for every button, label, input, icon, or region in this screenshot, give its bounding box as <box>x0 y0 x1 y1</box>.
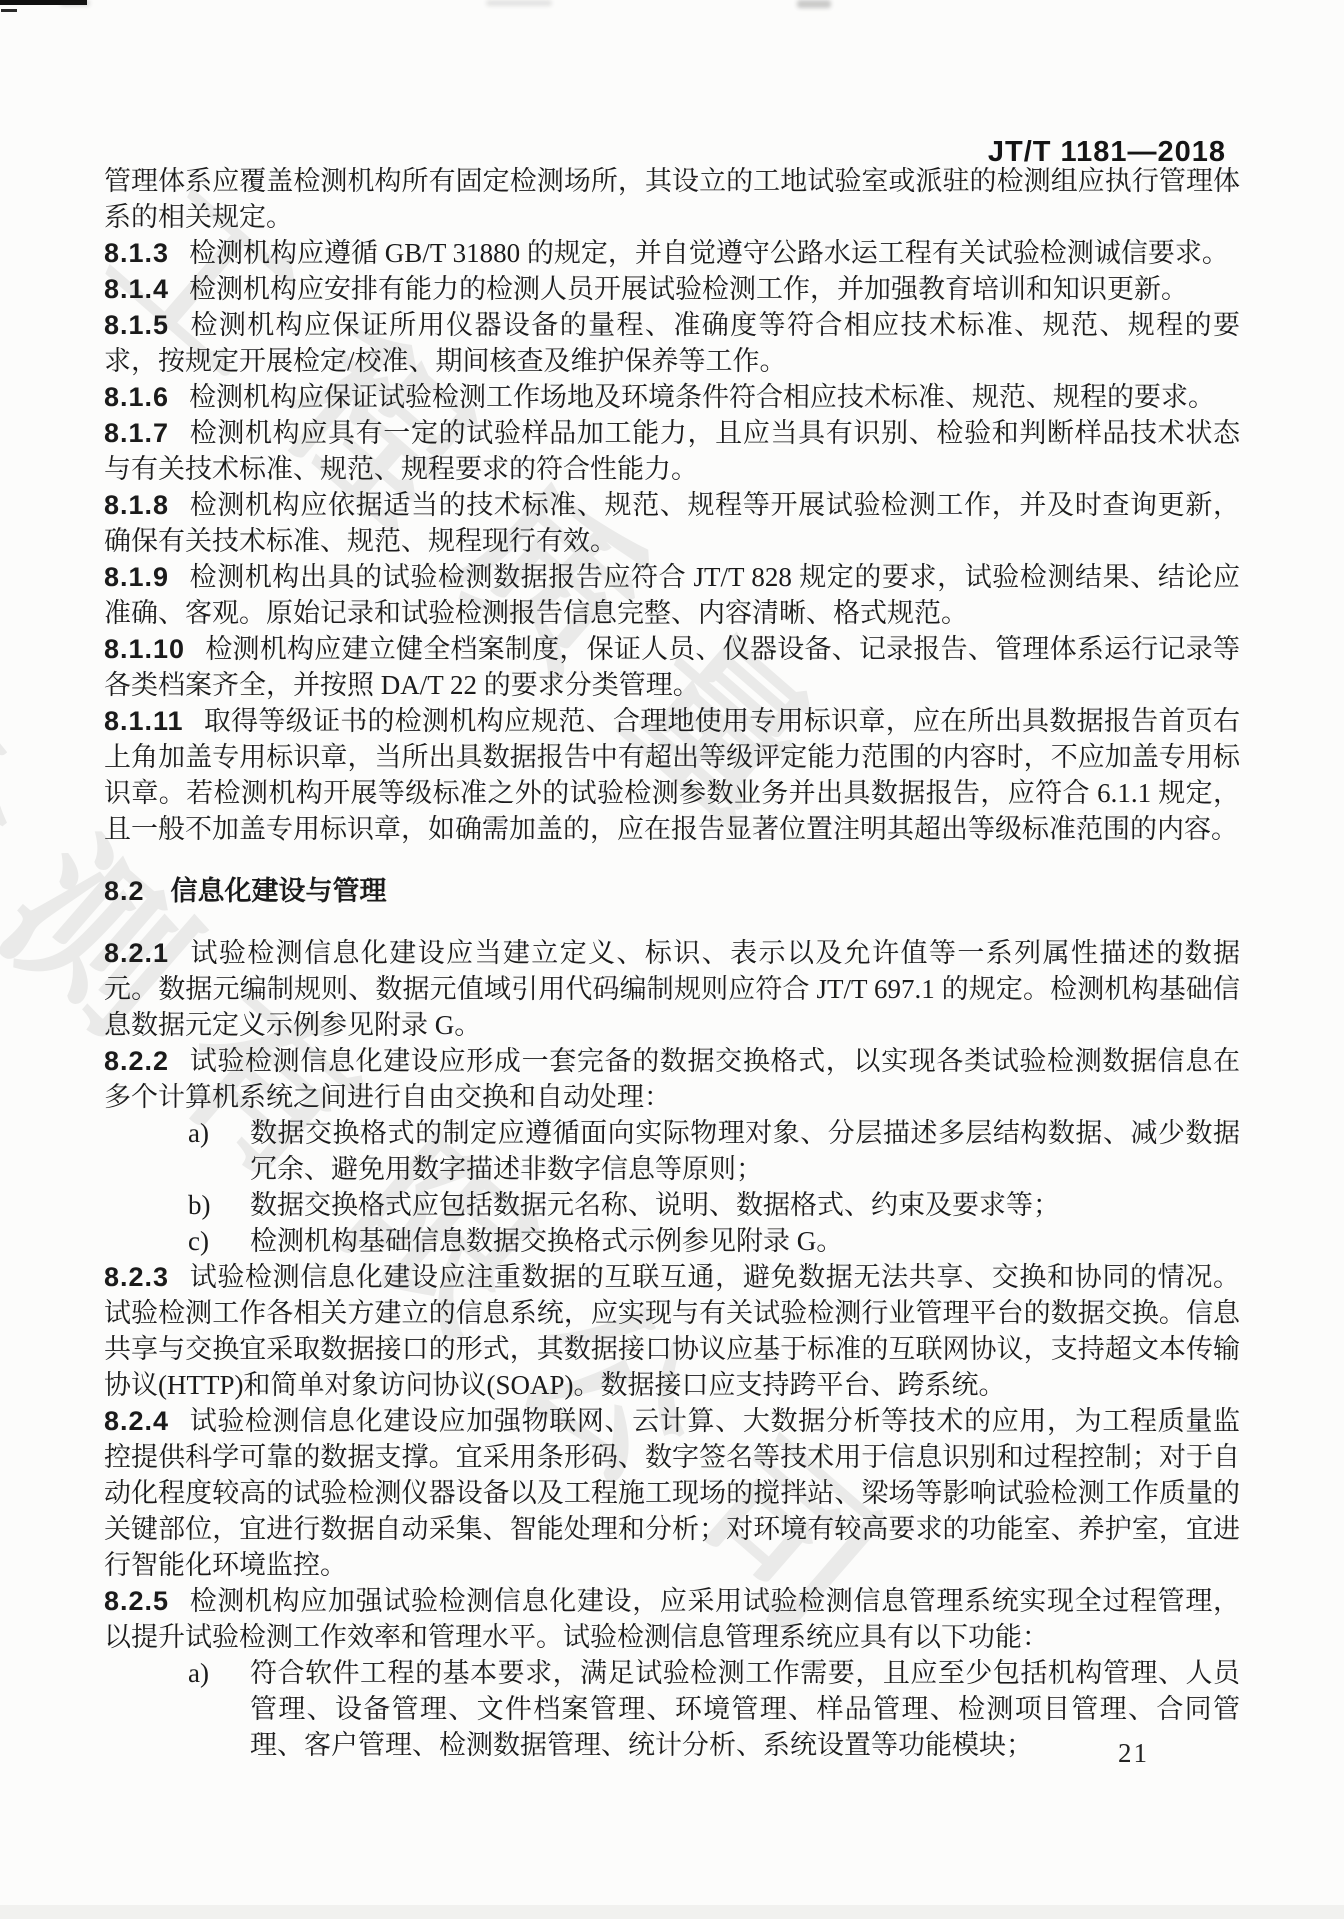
paper-bottom-edge <box>0 1905 1344 1919</box>
list-item-b: b)数据交换格式应包括数据元名称、说明、数据格式、约束及要求等； <box>104 1187 1240 1223</box>
clause-text: 试验检测信息化建设应加强物联网、云计算、大数据分析等技术的应用，为工程质量监控提… <box>104 1406 1240 1580</box>
scan-smudge <box>60 0 90 6</box>
clause-number: 8.2.2 <box>104 1046 169 1076</box>
list-item-text: 检测机构基础信息数据交换格式示例参见附录 G。 <box>250 1226 843 1256</box>
clause-number: 8.1.9 <box>104 562 169 592</box>
section-heading-8-2: 8.2信息化建设与管理 <box>104 873 1240 909</box>
clause-8-1-10: 8.1.10检测机构应建立健全档案制度，保证人员、仪器设备、记录报告、管理体系运… <box>104 631 1240 703</box>
clause-number: 8.1.8 <box>104 490 169 520</box>
clause-text: 试验检测信息化建设应形成一套完备的数据交换格式，以实现各类试验检测数据信息在多个… <box>104 1046 1240 1112</box>
document-page: 工程质量 检测有限公司 JT/T 1181—2018 管理体系应覆盖检测机构所有… <box>0 0 1344 1919</box>
list-marker: b) <box>188 1187 211 1223</box>
clause-8-2-5: 8.2.5检测机构应加强试验检测信息化建设，应采用试验检测信息管理系统实现全过程… <box>104 1583 1240 1655</box>
clause-text: 试验检测信息化建设应当建立定义、标识、表示以及允许值等一系列属性描述的数据元。数… <box>104 938 1240 1040</box>
clause-8-1-4: 8.1.4检测机构应安排有能力的检测人员开展试验检测工作，并加强教育培训和知识更… <box>104 271 1240 307</box>
clause-number: 8.2.4 <box>104 1406 169 1436</box>
paragraph-continuation: 管理体系应覆盖检测机构所有固定检测场所，其设立的工地试验室或派驻的检测组应执行管… <box>104 163 1240 235</box>
clause-8-1-8: 8.1.8检测机构应依据适当的技术标准、规范、规程等开展试验检测工作，并及时查询… <box>104 487 1240 559</box>
clause-number: 8.1.4 <box>104 274 169 304</box>
list-marker: a) <box>188 1655 209 1691</box>
clause-number: 8.1.7 <box>104 418 169 448</box>
clause-8-2-4: 8.2.4试验检测信息化建设应加强物联网、云计算、大数据分析等技术的应用，为工程… <box>104 1403 1240 1583</box>
clause-8-2-3: 8.2.3试验检测信息化建设应注重数据的互联互通，避免数据无法共享、交换和协同的… <box>104 1259 1240 1403</box>
clause-number: 8.1.11 <box>104 706 184 736</box>
clause-8-1-5: 8.1.5检测机构应保证所用仪器设备的量程、准确度等符合相应技术标准、规范、规程… <box>104 307 1240 379</box>
list-item-a: a)符合软件工程的基本要求，满足试验检测工作需要，且应至少包括机构管理、人员管理… <box>104 1655 1240 1763</box>
clause-text: 检测机构应安排有能力的检测人员开展试验检测工作，并加强教育培训和知识更新。 <box>189 274 1188 304</box>
list-item-text: 数据交换格式的制定应遵循面向实际物理对象、分层描述多层结构数据、减少数据冗余、避… <box>250 1118 1240 1184</box>
clause-8-1-7: 8.1.7检测机构应具有一定的试验样品加工能力，且应当具有识别、检验和判断样品技… <box>104 415 1240 487</box>
section-number: 8.2 <box>104 876 145 906</box>
clause-number: 8.1.5 <box>104 310 169 340</box>
scan-smudge <box>797 0 831 8</box>
clause-number: 8.2.3 <box>104 1262 169 1292</box>
scan-artifact-dash <box>1 9 17 12</box>
clause-8-1-9: 8.1.9检测机构出具的试验检测数据报告应符合 JT/T 828 规定的要求，试… <box>104 559 1240 631</box>
scan-smudge <box>486 0 552 6</box>
page-number: 21 <box>1118 1738 1149 1769</box>
list-marker: c) <box>188 1223 209 1259</box>
clause-number: 8.2.5 <box>104 1586 169 1616</box>
clause-8-2-1: 8.2.1试验检测信息化建设应当建立定义、标识、表示以及允许值等一系列属性描述的… <box>104 935 1240 1043</box>
clause-text: 检测机构出具的试验检测数据报告应符合 JT/T 828 规定的要求，试验检测结果… <box>104 562 1240 628</box>
list-item-text: 数据交换格式应包括数据元名称、说明、数据格式、约束及要求等； <box>250 1190 1060 1220</box>
clause-text: 取得等级证书的检测机构应规范、合理地使用专用标识章，应在所出具数据报告首页右上角… <box>104 706 1240 844</box>
clause-text: 检测机构应遵循 GB/T 31880 的规定，并自觉遵守公路水运工程有关试验检测… <box>189 238 1229 268</box>
clause-text: 检测机构应具有一定的试验样品加工能力，且应当具有识别、检验和判断样品技术状态与有… <box>104 418 1240 484</box>
clause-8-1-11: 8.1.11取得等级证书的检测机构应规范、合理地使用专用标识章，应在所出具数据报… <box>104 703 1240 847</box>
document-body: 管理体系应覆盖检测机构所有固定检测场所，其设立的工地试验室或派驻的检测组应执行管… <box>104 163 1240 1763</box>
list-item-c: c)检测机构基础信息数据交换格式示例参见附录 G。 <box>104 1223 1240 1259</box>
clause-text: 检测机构应保证试验检测工作场地及环境条件符合相应技术标准、规范、规程的要求。 <box>189 382 1215 412</box>
clause-number: 8.2.1 <box>104 938 169 968</box>
clause-number: 8.1.10 <box>104 634 185 664</box>
clause-text: 检测机构应依据适当的技术标准、规范、规程等开展试验检测工作，并及时查询更新，确保… <box>104 490 1240 556</box>
clause-8-2-2: 8.2.2试验检测信息化建设应形成一套完备的数据交换格式，以实现各类试验检测数据… <box>104 1043 1240 1115</box>
clause-text: 检测机构应加强试验检测信息化建设，应采用试验检测信息管理系统实现全过程管理，以提… <box>104 1586 1240 1652</box>
clause-8-1-6: 8.1.6检测机构应保证试验检测工作场地及环境条件符合相应技术标准、规范、规程的… <box>104 379 1240 415</box>
clause-text: 检测机构应保证所用仪器设备的量程、准确度等符合相应技术标准、规范、规程的要求，按… <box>104 310 1240 376</box>
clause-number: 8.1.3 <box>104 238 169 268</box>
list-item-a: a)数据交换格式的制定应遵循面向实际物理对象、分层描述多层结构数据、减少数据冗余… <box>104 1115 1240 1187</box>
clause-8-1-3: 8.1.3检测机构应遵循 GB/T 31880 的规定，并自觉遵守公路水运工程有… <box>104 235 1240 271</box>
clause-number: 8.1.6 <box>104 382 169 412</box>
clause-text: 检测机构应建立健全档案制度，保证人员、仪器设备、记录报告、管理体系运行记录等各类… <box>104 634 1240 700</box>
clause-text: 试验检测信息化建设应注重数据的互联互通，避免数据无法共享、交换和协同的情况。试验… <box>104 1262 1240 1400</box>
list-item-text: 符合软件工程的基本要求，满足试验检测工作需要，且应至少包括机构管理、人员管理、设… <box>250 1658 1240 1760</box>
list-marker: a) <box>188 1115 209 1151</box>
section-title: 信息化建设与管理 <box>171 876 387 906</box>
